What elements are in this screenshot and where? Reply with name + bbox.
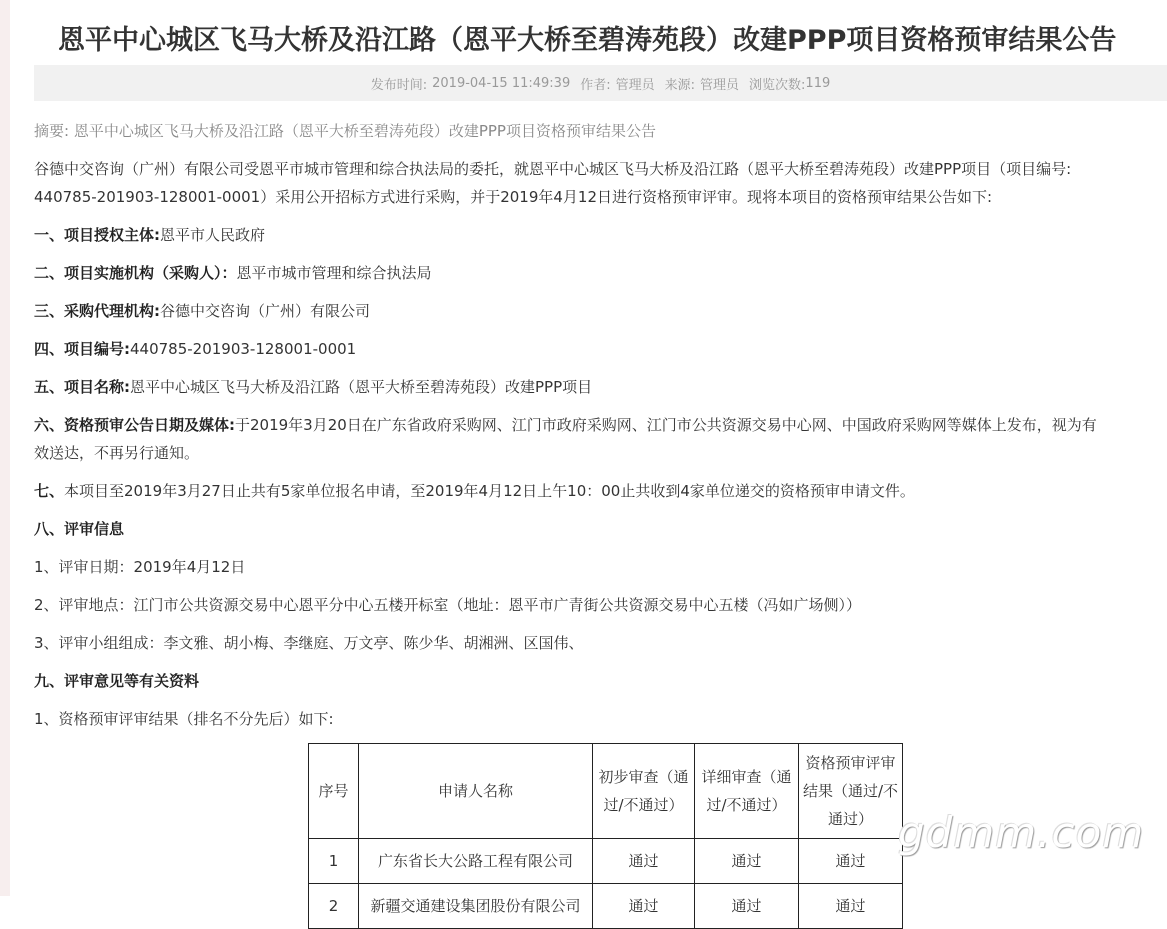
review-date: 1、评审日期：2019年4月12日 xyxy=(34,553,245,581)
section-label: 七、 xyxy=(34,482,64,500)
source-label: 来源: xyxy=(665,74,695,93)
table-header-row: 序号 申请人名称 初步审查（通过/不通过） 详细审查（通过/不通过） 资格预审评… xyxy=(309,744,903,839)
section-label: 四、项目编号: xyxy=(34,340,130,358)
source: 管理员 xyxy=(700,74,739,93)
section-project-number: 四、项目编号:440785-201903-128001-0001 xyxy=(34,335,356,363)
review-panel: 3、评审小组组成：李文雅、胡小梅、李继庭、万文亭、陈少华、胡湘洲、区国伟、 xyxy=(34,629,584,657)
table-row: 2 新疆交通建设集团股份有限公司 通过 通过 通过 xyxy=(309,884,903,897)
section-value: 恩平市人民政府 xyxy=(160,226,265,244)
article-summary: 摘要: 恩平中心城区飞马大桥及沿江路（恩平大桥至碧涛苑段）改建PPP项目资格预审… xyxy=(34,117,656,145)
header-final-result: 资格预审评审结果（通过/不通过） xyxy=(799,744,903,839)
section-9-heading: 九、评审意见等有关资料 xyxy=(34,667,199,695)
cell-no: 1 xyxy=(309,839,359,884)
section-authorizing-entity: 一、项目授权主体:恩平市人民政府 xyxy=(34,221,265,249)
section-applications: 七、本项目至2019年3月27日止共有5家单位报名申请，至2019年4月12日上… xyxy=(34,477,915,505)
results-table: 序号 申请人名称 初步审查（通过/不通过） 详细审查（通过/不通过） 资格预审评… xyxy=(308,743,903,896)
views-count: 119 xyxy=(805,76,830,91)
section-label: 一、项目授权主体: xyxy=(34,226,160,244)
publish-time: 2019-04-15 11:49:39 xyxy=(432,76,570,91)
results-intro: 1、资格预审评审结果（排名不分先后）如下: xyxy=(34,705,334,733)
cell-applicant: 新疆交通建设集团股份有限公司 xyxy=(359,884,593,897)
table-row: 1 广东省长大公路工程有限公司 通过 通过 通过 xyxy=(309,839,903,884)
section-label: 三、采购代理机构: xyxy=(34,302,160,320)
section-value: 恩平中心城区飞马大桥及沿江路（恩平大桥至碧涛苑段）改建PPP项目 xyxy=(130,378,592,396)
cell-no: 2 xyxy=(309,884,359,897)
author-label: 作者: xyxy=(580,74,610,93)
header-detailed-review: 详细审查（通过/不通过） xyxy=(695,744,799,839)
section-value: 本项目至2019年3月27日止共有5家单位报名申请，至2019年4月12日上午1… xyxy=(64,482,915,500)
cell-result: 通过 xyxy=(799,884,903,897)
section-8-heading: 八、评审信息 xyxy=(34,515,124,543)
left-edge-strip xyxy=(0,0,10,896)
review-location: 2、评审地点：江门市公共资源交易中心恩平分中心五楼开标室（地址：恩平市广青街公共… xyxy=(34,591,861,619)
section-value: 440785-201903-128001-0001 xyxy=(130,340,356,358)
intro-paragraph-line-1: 谷德中交咨询（广州）有限公司受恩平市城市管理和综合执法局的委托，就恩平中心城区飞… xyxy=(34,155,1071,183)
author: 管理员 xyxy=(616,74,655,93)
header-no: 序号 xyxy=(309,744,359,839)
section-value: 于2019年3月20日在广东省政府采购网、江门市政府采购网、江门市公共资源交易中… xyxy=(235,416,1097,434)
article-meta-bar: 发布时间: 2019-04-15 11:49:39 作者: 管理员 来源: 管理… xyxy=(34,65,1167,101)
cell-preliminary: 通过 xyxy=(593,839,695,884)
cell-detailed: 通过 xyxy=(695,884,799,897)
section-procurement-agent: 三、采购代理机构:谷德中交咨询（广州）有限公司 xyxy=(34,297,370,325)
header-applicant: 申请人名称 xyxy=(359,744,593,839)
section-label: 六、资格预审公告日期及媒体: xyxy=(34,416,235,434)
intro-paragraph-line-2: 440785-201903-128001-0001）采用公开招标方式进行采购，并… xyxy=(34,183,992,211)
cell-detailed: 通过 xyxy=(695,839,799,884)
section-value: 恩平市城市管理和综合执法局 xyxy=(237,264,432,282)
section-announcement-media: 六、资格预审公告日期及媒体:于2019年3月20日在广东省政府采购网、江门市政府… xyxy=(34,411,1097,439)
section-implementing-agency: 二、项目实施机构（采购人）：恩平市城市管理和综合执法局 xyxy=(34,259,432,287)
cell-preliminary: 通过 xyxy=(593,884,695,897)
section-value: 谷德中交咨询（广州）有限公司 xyxy=(160,302,370,320)
section-announcement-media-cont: 效送达，不再另行通知。 xyxy=(34,439,199,467)
cell-result: 通过 xyxy=(799,839,903,884)
section-label: 二、项目实施机构（采购人）： xyxy=(34,264,237,282)
views-label: 浏览次数: xyxy=(749,74,805,93)
header-preliminary-review: 初步审查（通过/不通过） xyxy=(593,744,695,839)
site-watermark: gdmm.com xyxy=(898,808,1144,857)
article-title: 恩平中心城区飞马大桥及沿江路（恩平大桥至碧涛苑段）改建PPP项目资格预审结果公告 xyxy=(58,18,1167,57)
section-label: 五、项目名称: xyxy=(34,378,130,396)
section-project-name: 五、项目名称:恩平中心城区飞马大桥及沿江路（恩平大桥至碧涛苑段）改建PPP项目 xyxy=(34,373,592,401)
publish-time-label: 发布时间: xyxy=(371,74,427,93)
cell-applicant: 广东省长大公路工程有限公司 xyxy=(359,839,593,884)
